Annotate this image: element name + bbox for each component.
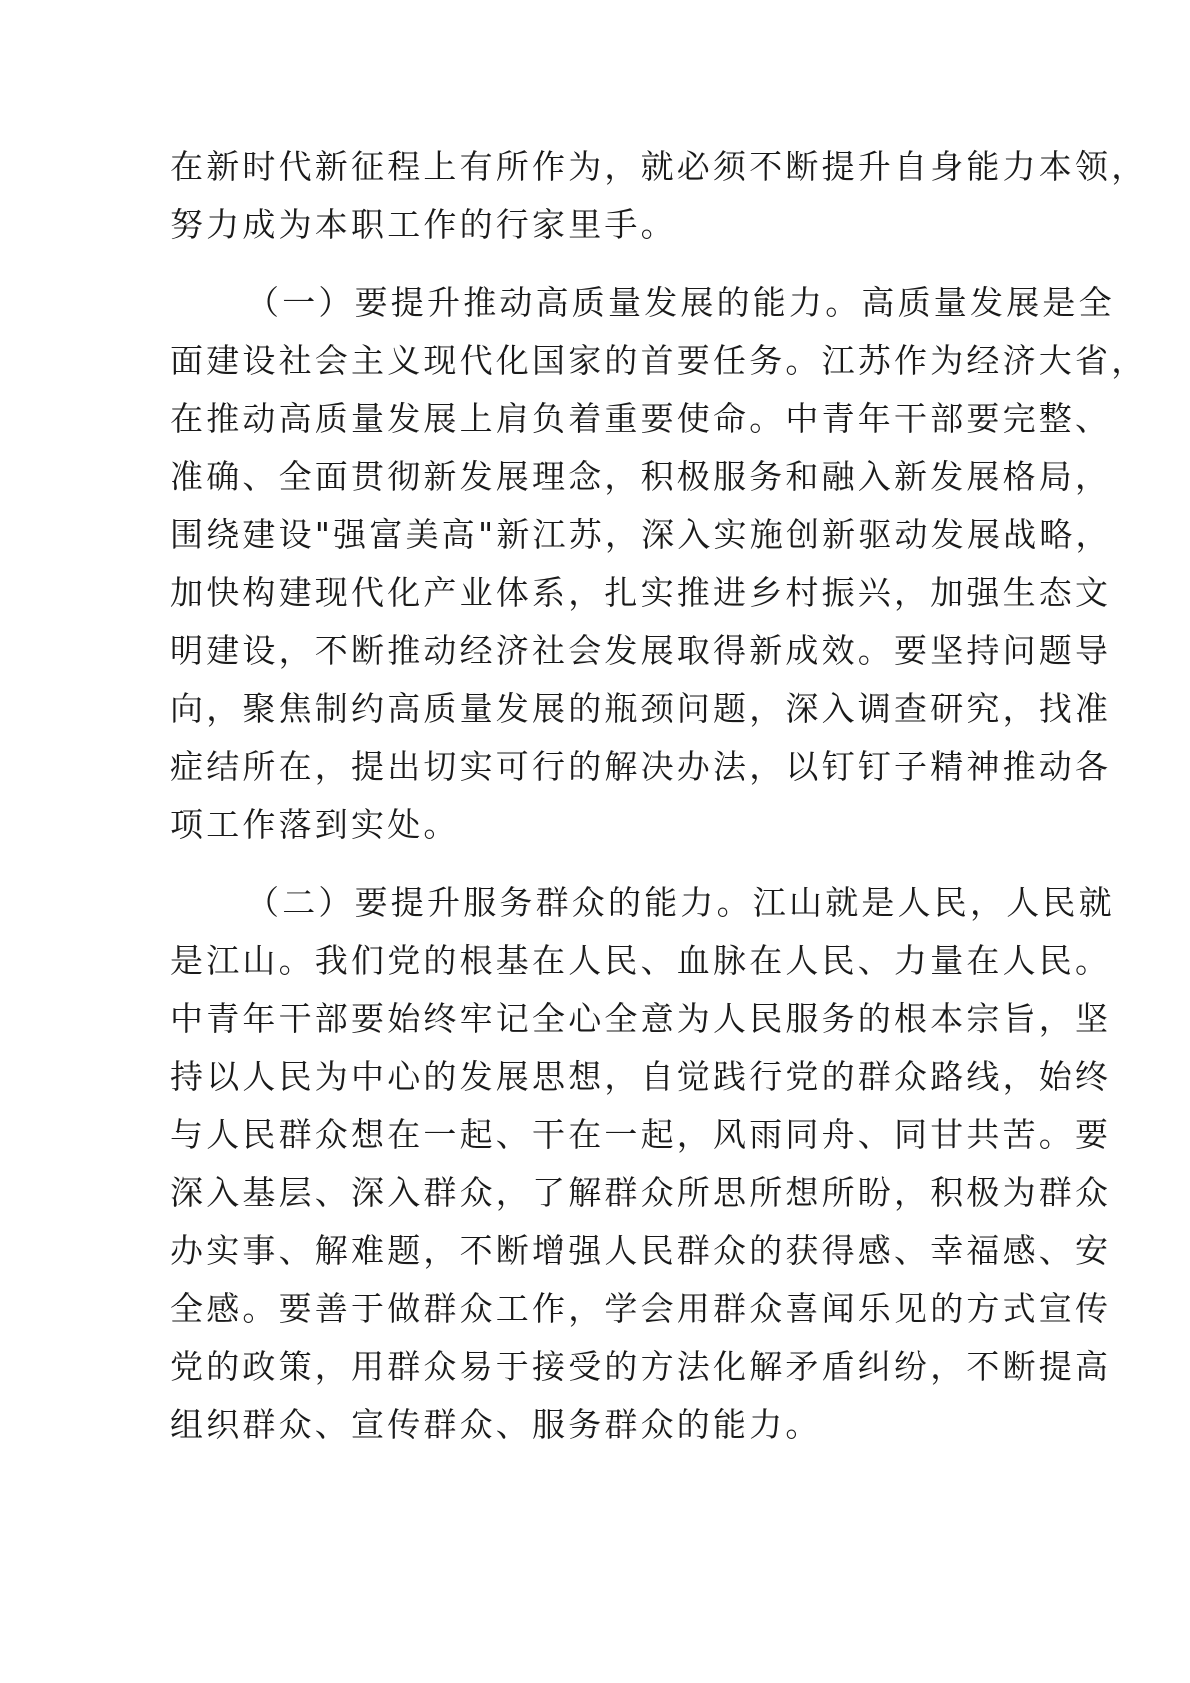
section-heading-line: （二）要提升服务群众的能力。江山就是人民，人民就 — [170, 878, 1030, 936]
text-line: 症结所在，提出切实可行的解决办法，以钉钉子精神推动各 — [170, 742, 1030, 800]
text-line: 全感。要善于做群众工作，学会用群众喜闻乐见的方式宣传 — [170, 1284, 1030, 1342]
text-line: 党的政策，用群众易于接受的方法化解矛盾纠纷，不断提高 — [170, 1342, 1030, 1400]
text-line: 办实事、解难题，不断增强人民群众的获得感、幸福感、安 — [170, 1226, 1030, 1284]
paragraph-intro-continuation: 在新时代新征程上有所作为，就必须不断提升自身能力本领， 努力成为本职工作的行家里… — [170, 142, 1030, 258]
document-page: 在新时代新征程上有所作为，就必须不断提升自身能力本领， 努力成为本职工作的行家里… — [0, 0, 1190, 1683]
text-line: 在新时代新征程上有所作为，就必须不断提升自身能力本领， — [170, 142, 1030, 200]
text-line: 向，聚焦制约高质量发展的瓶颈问题，深入调查研究，找准 — [170, 684, 1030, 742]
section-heading-line: （一）要提升推动高质量发展的能力。高质量发展是全 — [170, 278, 1030, 336]
text-line: 在推动高质量发展上肩负着重要使命。中青年干部要完整、 — [170, 394, 1030, 452]
text-line: 与人民群众想在一起、干在一起，风雨同舟、同甘共苦。要 — [170, 1110, 1030, 1168]
paragraph-spacer — [170, 258, 1030, 278]
text-line: 明建设，不断推动经济社会发展取得新成效。要坚持问题导 — [170, 626, 1030, 684]
text-line: 是江山。我们党的根基在人民、血脉在人民、力量在人民。 — [170, 936, 1030, 994]
paragraph-spacer — [170, 858, 1030, 878]
text-line: 组织群众、宣传群众、服务群众的能力。 — [170, 1400, 1030, 1458]
text-line: 项工作落到实处。 — [170, 800, 1030, 858]
text-line: 中青年干部要始终牢记全心全意为人民服务的根本宗旨，坚 — [170, 994, 1030, 1052]
text-line: 持以人民为中心的发展思想，自觉践行党的群众路线，始终 — [170, 1052, 1030, 1110]
text-line: 加快构建现代化产业体系，扎实推进乡村振兴，加强生态文 — [170, 568, 1030, 626]
text-line: 努力成为本职工作的行家里手。 — [170, 200, 1030, 258]
document-body: 在新时代新征程上有所作为，就必须不断提升自身能力本领， 努力成为本职工作的行家里… — [170, 142, 1030, 1458]
paragraph-section-1: （一）要提升推动高质量发展的能力。高质量发展是全 面建设社会主义现代化国家的首要… — [170, 278, 1030, 858]
text-line: 面建设社会主义现代化国家的首要任务。江苏作为经济大省， — [170, 336, 1030, 394]
text-line: 深入基层、深入群众，了解群众所思所想所盼，积极为群众 — [170, 1168, 1030, 1226]
text-line: 准确、全面贯彻新发展理念，积极服务和融入新发展格局， — [170, 452, 1030, 510]
text-line: 围绕建设"强富美高"新江苏，深入实施创新驱动发展战略， — [170, 510, 1030, 568]
paragraph-section-2: （二）要提升服务群众的能力。江山就是人民，人民就 是江山。我们党的根基在人民、血… — [170, 878, 1030, 1458]
